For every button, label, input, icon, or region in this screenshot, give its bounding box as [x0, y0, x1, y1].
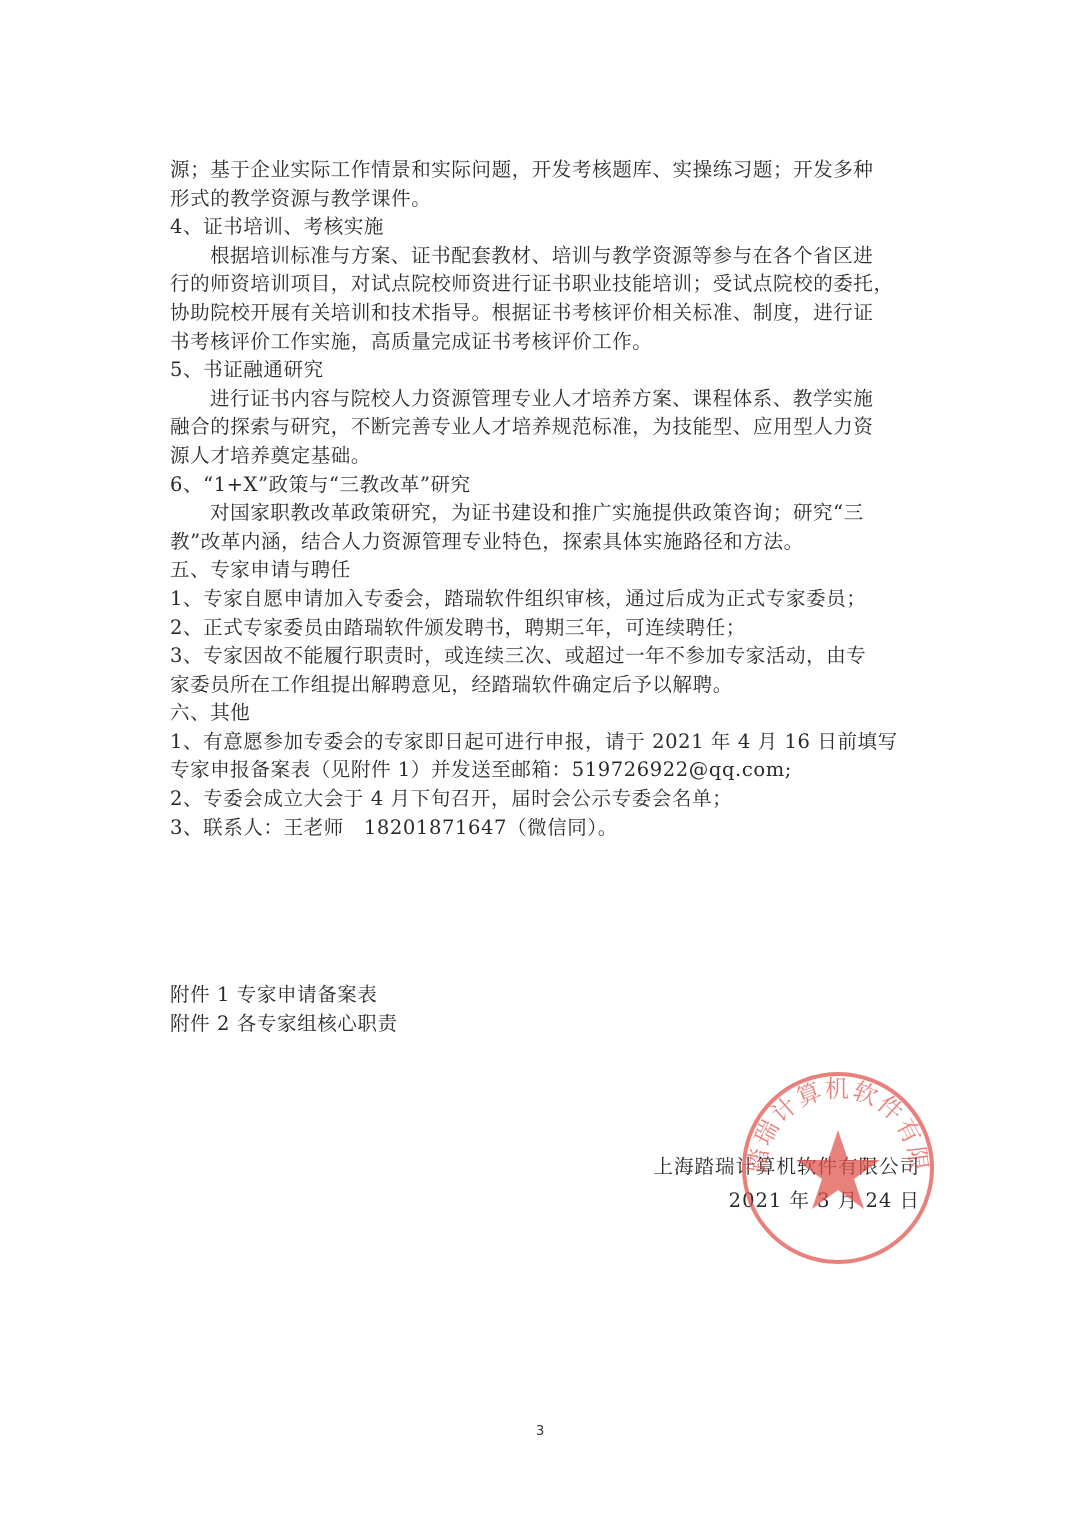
paragraph-line: 6、“1+X”政策与“三教改革”研究	[170, 471, 915, 500]
paragraph-line: 4、证书培训、考核实施	[170, 213, 915, 242]
paragraph-line: 进行证书内容与院校人力资源管理专业人才培养方案、课程体系、教学实施	[170, 385, 915, 414]
paragraph-line: 家委员所在工作组提出解聘意见，经踏瑞软件确定后予以解聘。	[170, 671, 915, 700]
attachment-1: 附件 1 专家申请备案表	[170, 980, 398, 1009]
document-body: 源；基于企业实际工作情景和实际问题，开发考核题库、实操练习题；开发多种形式的教学…	[170, 156, 915, 842]
paragraph-line: 3、专家因故不能履行职责时，或连续三次、或超过一年不参加专家活动，由专	[170, 642, 915, 671]
paragraph-line: 六、其他	[170, 699, 915, 728]
paragraph-line: 源人才培养奠定基础。	[170, 442, 915, 471]
paragraph-line: 1、有意愿参加专委会的专家即日起可进行申报，请于 2021 年 4 月 16 日…	[170, 728, 915, 757]
signature-date: 2021 年 3 月 24 日	[653, 1184, 920, 1218]
paragraph-line: 融合的探索与研究，不断完善专业人才培养规范标准，为技能型、应用型人力资	[170, 413, 915, 442]
paragraph-line: 5、书证融通研究	[170, 356, 915, 385]
paragraph-line: 书考核评价工作实施，高质量完成证书考核评价工作。	[170, 328, 915, 357]
paragraph-line: 对国家职教改革政策研究，为证书建设和推广实施提供政策咨询；研究“三	[170, 499, 915, 528]
paragraph-line: 形式的教学资源与教学课件。	[170, 185, 915, 214]
paragraph-line: 五、专家申请与聘任	[170, 556, 915, 585]
paragraph-line: 根据培训标准与方案、证书配套教材、培训与教学资源等参与在各个省区进	[170, 242, 915, 271]
paragraph-line: 3、联系人：王老师 18201871647（微信同）。	[170, 814, 915, 843]
paragraph-line: 2、专委会成立大会于 4 月下旬召开，届时会公示专委会名单；	[170, 785, 915, 814]
attachments-list: 附件 1 专家申请备案表 附件 2 各专家组核心职责	[170, 980, 398, 1038]
paragraph-line: 行的师资培训项目，对试点院校师资进行证书职业技能培训；受试点院校的委托，	[170, 270, 915, 299]
attachment-2: 附件 2 各专家组核心职责	[170, 1009, 398, 1038]
paragraph-line: 专家申报备案表（见附件 1）并发送至邮箱：519726922@qq.com;	[170, 756, 915, 785]
company-name: 上海踏瑞计算机软件有限公司	[653, 1150, 920, 1184]
signature-block: 上海踏瑞计算机软件有限公司 2021 年 3 月 24 日	[653, 1150, 920, 1218]
paragraph-line: 2、正式专家委员由踏瑞软件颁发聘书，聘期三年，可连续聘任；	[170, 614, 915, 643]
paragraph-line: 教”改革内涵，结合人力资源管理专业特色，探索具体实施路径和方法。	[170, 528, 915, 557]
paragraph-line: 协助院校开展有关培训和技术指导。根据证书考核评价相关标准、制度，进行证	[170, 299, 915, 328]
document-page: 源；基于企业实际工作情景和实际问题，开发考核题库、实操练习题；开发多种形式的教学…	[0, 0, 1080, 1527]
paragraph-line: 源；基于企业实际工作情景和实际问题，开发考核题库、实操练习题；开发多种	[170, 156, 915, 185]
page-number: 3	[536, 1424, 544, 1439]
paragraph-line: 1、专家自愿申请加入专委会，踏瑞软件组织审核，通过后成为正式专家委员；	[170, 585, 915, 614]
